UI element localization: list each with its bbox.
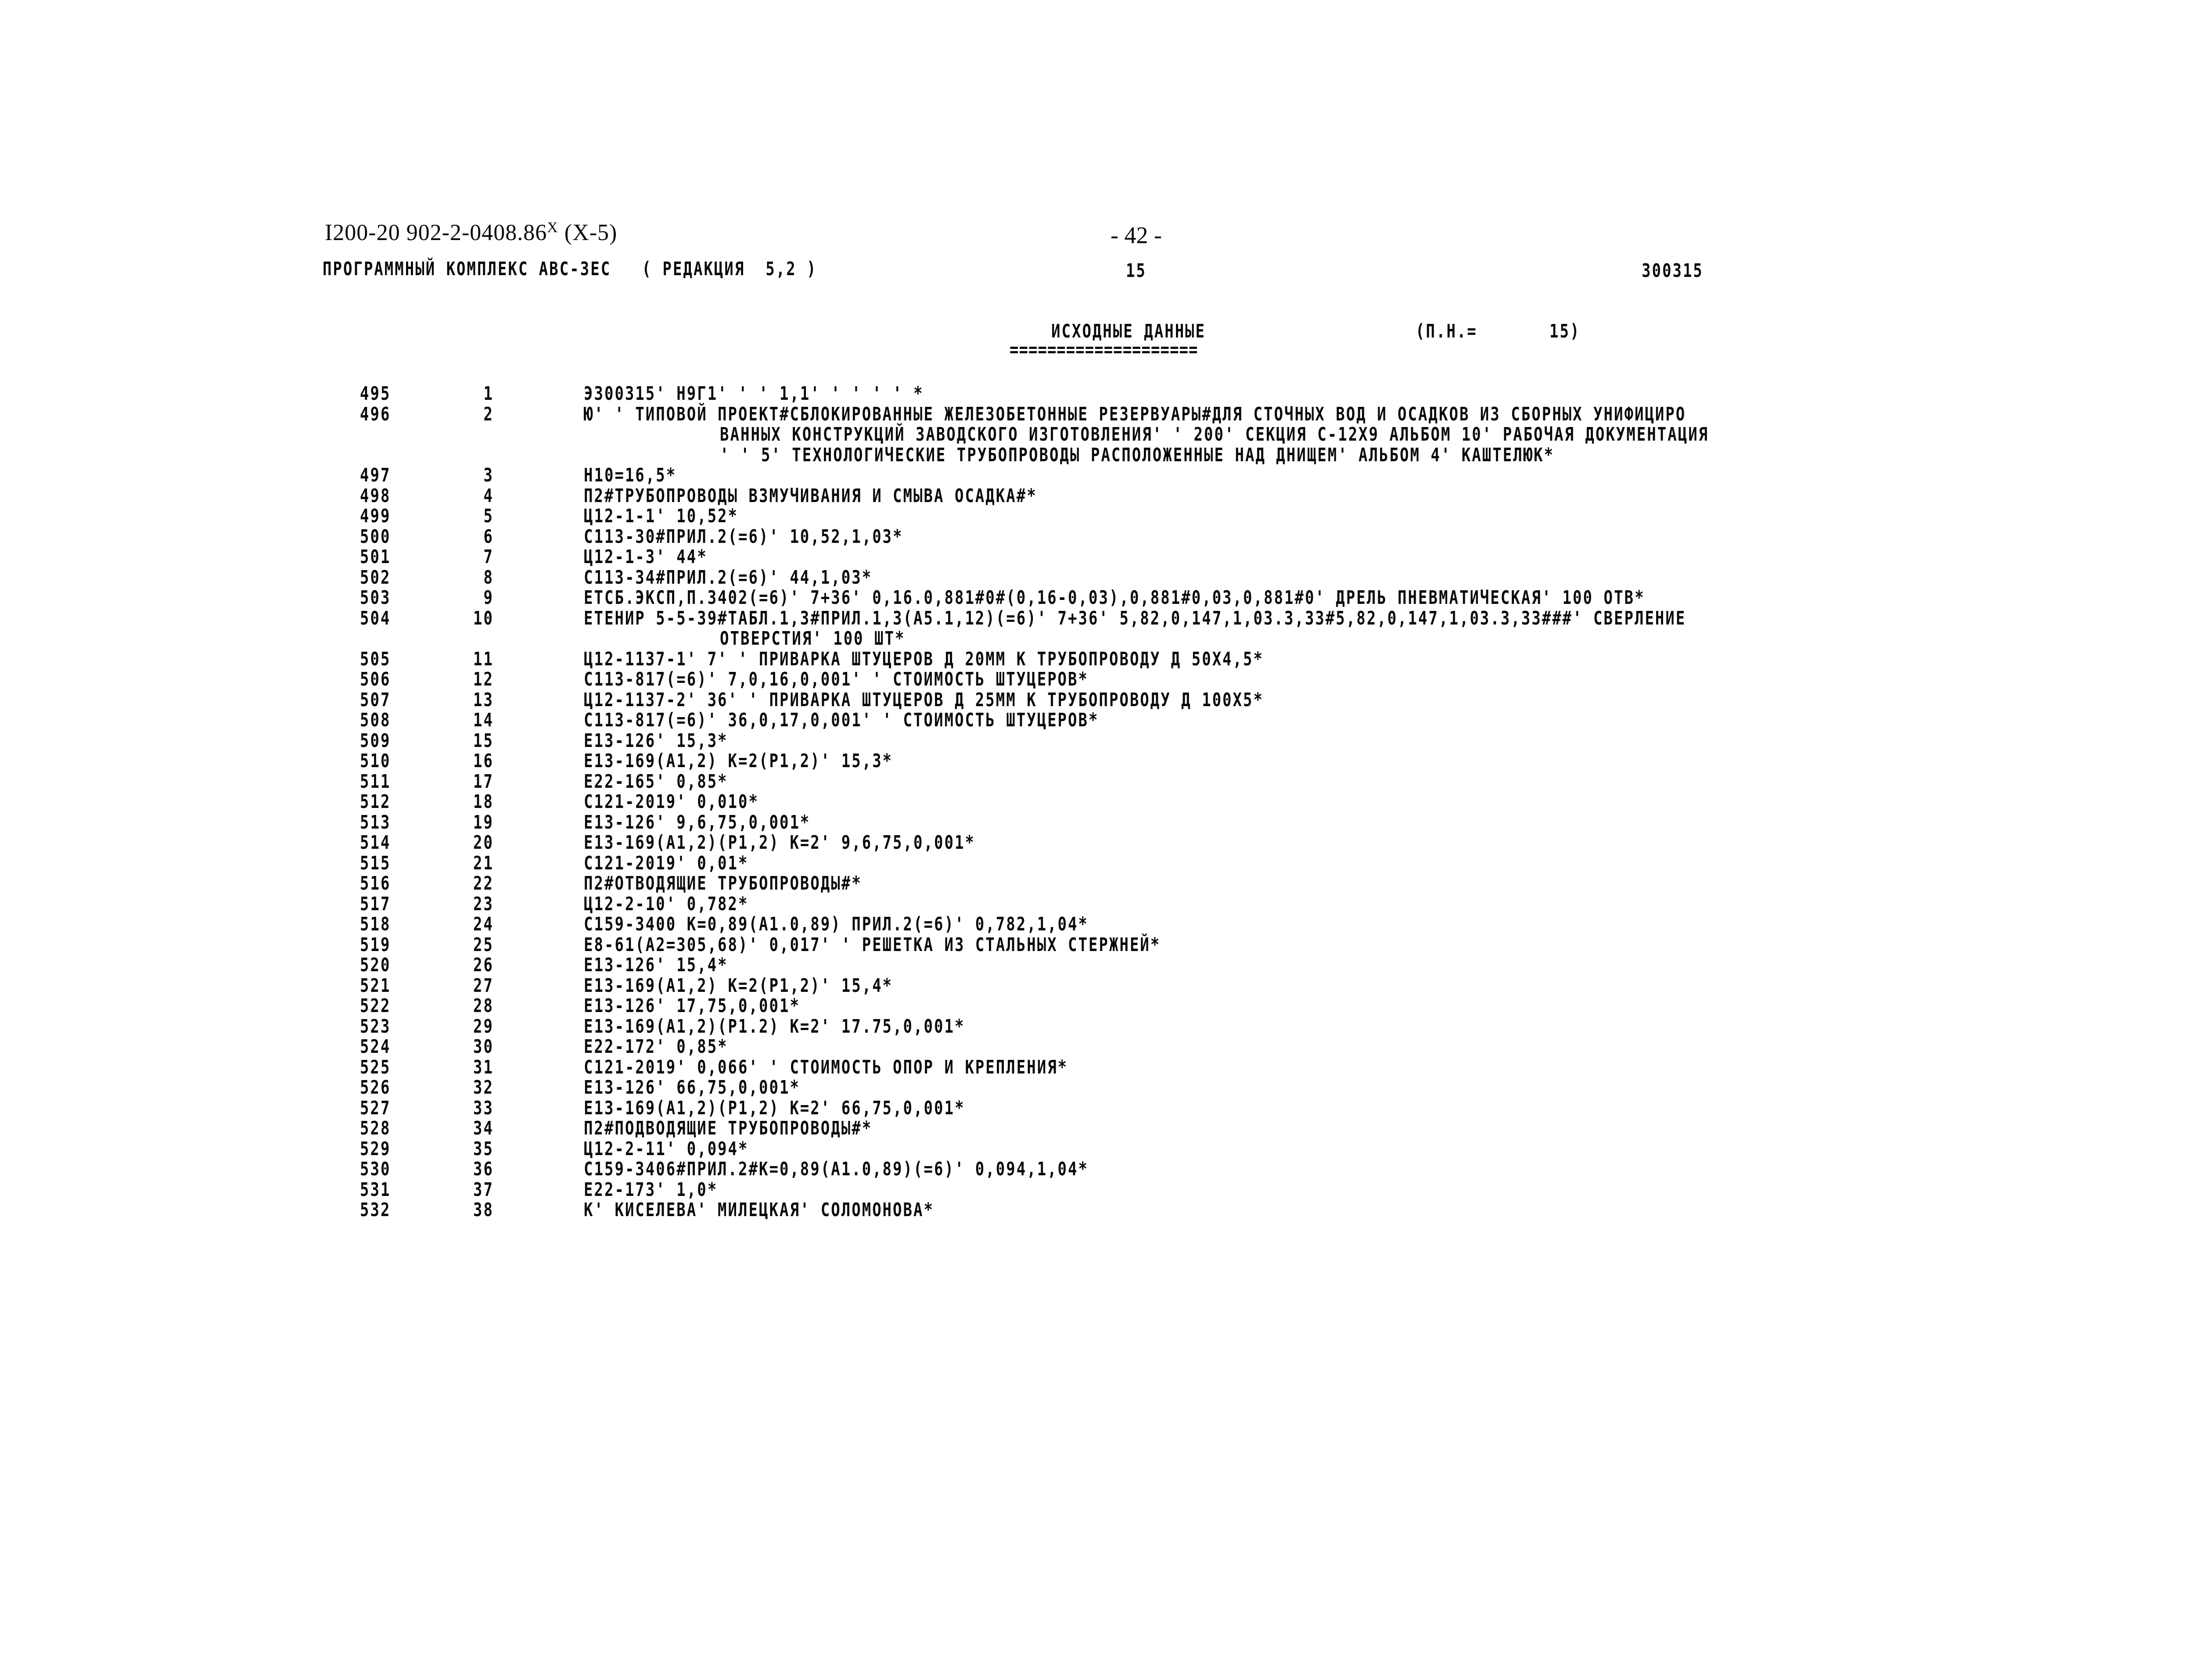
- line-number: 518: [360, 913, 391, 935]
- listing-row: 5006С113-30#ПРИЛ.2(=6)' 10,52,1,03*: [0, 526, 2189, 546]
- section-param-value: 15): [1549, 320, 1580, 342]
- record-text: С121-2019' 0,01*: [584, 852, 749, 874]
- line-number: 508: [360, 709, 391, 731]
- record-text: П2#ОТВОДЯЩИЕ ТРУБОПРОВОДЫ#*: [584, 872, 862, 894]
- sequence-number: 26: [463, 954, 494, 976]
- line-number: 502: [360, 567, 391, 589]
- program-title: ПРОГРАММНЫЙ КОМПЛЕКС АВС-3ЕС ( РЕДАКЦИЯ …: [323, 258, 817, 280]
- record-text: ОТВЕРСТИЯ' 100 ШТ*: [720, 628, 905, 650]
- sequence-number: 29: [463, 1016, 494, 1037]
- line-number: 510: [360, 750, 391, 772]
- doc-ref-suffix: (X-5): [558, 220, 618, 245]
- record-text: П2#ПОДВОДЯЩИЕ ТРУБОПРОВОДЫ#*: [584, 1117, 872, 1139]
- listing-row: 52632Е13-126' 66,75,0,001*: [0, 1077, 2189, 1097]
- sequence-number: 16: [463, 750, 494, 772]
- listing-row: 4951Э300315' Н9Г1' ' ' 1,1' ' ' ' ' *: [0, 383, 2189, 403]
- sequence-number: 13: [463, 689, 494, 711]
- sequence-number: 20: [463, 832, 494, 854]
- sequence-number: 15: [463, 730, 494, 752]
- record-text: Ц12-1-3' 44*: [584, 546, 708, 568]
- record-text: Е13-169(А1,2) К=2(Р1,2)' 15,4*: [584, 975, 893, 997]
- record-text: С159-3400 К=0,89(А1.0,89) ПРИЛ.2(=6)' 0,…: [584, 913, 1089, 935]
- sequence-number: 35: [463, 1138, 494, 1160]
- line-number: 516: [360, 872, 391, 894]
- record-text: Ц12-2-11' 0,094*: [584, 1138, 749, 1160]
- record-text: Н10=16,5*: [584, 464, 676, 486]
- line-number: 527: [360, 1097, 391, 1119]
- listing-row: 5017Ц12-1-3' 44*: [0, 546, 2189, 567]
- doc-ref-superscript: X: [547, 219, 558, 236]
- listing-row: 53137Е22-173' 1,0*: [0, 1179, 2189, 1199]
- line-number: 524: [360, 1036, 391, 1058]
- record-text: Ц12-2-10' 0,782*: [584, 893, 749, 915]
- line-number: 532: [360, 1199, 391, 1221]
- sequence-number: 9: [463, 587, 494, 609]
- sequence-number: 2: [463, 403, 494, 425]
- record-text: Е13-126' 17,75,0,001*: [584, 995, 800, 1017]
- record-text: Е8-61(А2=305,68)' 0,017' ' РЕШЕТКА ИЗ СТ…: [584, 934, 1161, 956]
- listing-row: 52329Е13-169(А1,2)(Р1.2) К=2' 17.75,0,00…: [0, 1016, 2189, 1036]
- listing-row: 51016Е13-169(А1,2) К=2(Р1,2)' 15,3*: [0, 750, 2189, 771]
- line-number: 515: [360, 852, 391, 874]
- record-text: Ц12-1137-1' 7' ' ПРИВАРКА ШТУЦЕРОВ Д 20М…: [584, 648, 1264, 670]
- listing-row: 51622П2#ОТВОДЯЩИЕ ТРУБОПРОВОДЫ#*: [0, 872, 2189, 893]
- record-text: Э300315' Н9Г1' ' ' 1,1' ' ' ' ' *: [584, 383, 924, 405]
- line-number: 520: [360, 954, 391, 976]
- record-text: С159-3406#ПРИЛ.2#К=0,89(А1.0,89)(=6)' 0,…: [584, 1158, 1089, 1180]
- record-text: К' КИСЕЛЕВА' МИЛЕЦКАЯ' СОЛОМОНОВА*: [584, 1199, 934, 1221]
- listing-row-continuation: ' ' 5' ТЕХНОЛОГИЧЕСКИЕ ТРУБОПРОВОДЫ РАСП…: [0, 444, 2189, 465]
- listing-row: 4995Ц12-1-1' 10,52*: [0, 505, 2189, 526]
- listing-row: 51723Ц12-2-10' 0,782*: [0, 893, 2189, 914]
- record-text: П2#ТРУБОПРОВОДЫ ВЗМУЧИВАНИЯ И СМЫВА ОСАД…: [584, 485, 1037, 507]
- record-text: Е22-165' 0,85*: [584, 771, 728, 793]
- line-number: 531: [360, 1179, 391, 1201]
- sequence-number: 28: [463, 995, 494, 1017]
- record-text: С113-30#ПРИЛ.2(=6)' 10,52,1,03*: [584, 526, 903, 548]
- section-underline: ====================: [1010, 339, 1198, 361]
- sequence-number: 8: [463, 567, 494, 589]
- listing-row: 50612С113-817(=6)' 7,0,16,0,001' ' СТОИМ…: [0, 668, 2189, 689]
- listing-row: 52531С121-2019' 0,066' ' СТОИМОСТЬ ОПОР …: [0, 1056, 2189, 1077]
- sequence-number: 11: [463, 648, 494, 670]
- record-text: ' ' 5' ТЕХНОЛОГИЧЕСКИЕ ТРУБОПРОВОДЫ РАСП…: [720, 444, 1554, 466]
- record-text: Е13-126' 15,4*: [584, 954, 728, 976]
- line-number: 525: [360, 1056, 391, 1078]
- sequence-number: 19: [463, 811, 494, 833]
- listing-row: 52733Е13-169(А1,2)(Р1,2) К=2' 66,75,0,00…: [0, 1097, 2189, 1118]
- sequence-number: 25: [463, 934, 494, 956]
- record-text: ЕТСБ.ЭКСП,П.3402(=6)' 7+36' 0,16.0,881#0…: [584, 587, 1645, 609]
- sequence-number: 22: [463, 872, 494, 894]
- sequence-number: 30: [463, 1036, 494, 1058]
- listing-row: 4962Ю' ' ТИПОВОЙ ПРОЕКТ#СБЛОКИРОВАННЫЕ Ж…: [0, 403, 2189, 424]
- record-text: Е22-173' 1,0*: [584, 1179, 718, 1201]
- sequence-number: 34: [463, 1117, 494, 1139]
- sequence-number: 3: [463, 464, 494, 486]
- record-text: С113-817(=6)' 36,0,17,0,001' ' СТОИМОСТЬ…: [584, 709, 1099, 731]
- line-number: 529: [360, 1138, 391, 1160]
- line-number: 528: [360, 1117, 391, 1139]
- listing-row: 52127Е13-169(А1,2) К=2(Р1,2)' 15,4*: [0, 975, 2189, 995]
- listing-row-continuation: ОТВЕРСТИЯ' 100 ШТ*: [0, 628, 2189, 648]
- run-number: 15: [1126, 260, 1147, 282]
- line-number: 517: [360, 893, 391, 915]
- document-code: 300315: [1642, 260, 1704, 282]
- sequence-number: 17: [463, 771, 494, 793]
- sequence-number: 14: [463, 709, 494, 731]
- sequence-number: 6: [463, 526, 494, 548]
- line-number: 523: [360, 1016, 391, 1037]
- listing-row: 51824С159-3400 К=0,89(А1.0,89) ПРИЛ.2(=6…: [0, 913, 2189, 934]
- listing-row: 5028С113-34#ПРИЛ.2(=6)' 44,1,03*: [0, 567, 2189, 587]
- sequence-number: 32: [463, 1077, 494, 1098]
- sequence-number: 1: [463, 383, 494, 405]
- listing-row: 51925Е8-61(А2=305,68)' 0,017' ' РЕШЕТКА …: [0, 934, 2189, 955]
- listing-row: 50511Ц12-1137-1' 7' ' ПРИВАРКА ШТУЦЕРОВ …: [0, 648, 2189, 669]
- listing-row: 52935Ц12-2-11' 0,094*: [0, 1138, 2189, 1159]
- record-text: С113-34#ПРИЛ.2(=6)' 44,1,03*: [584, 567, 872, 589]
- sequence-number: 33: [463, 1097, 494, 1119]
- sequence-number: 23: [463, 893, 494, 915]
- line-number: 501: [360, 546, 391, 568]
- line-number: 495: [360, 383, 391, 405]
- listing-row: 50814С113-817(=6)' 36,0,17,0,001' ' СТОИ…: [0, 709, 2189, 730]
- listing-row: 52228Е13-126' 17,75,0,001*: [0, 995, 2189, 1016]
- sequence-number: 18: [463, 791, 494, 813]
- line-number: 522: [360, 995, 391, 1017]
- sequence-number: 37: [463, 1179, 494, 1201]
- record-text: Е13-126' 66,75,0,001*: [584, 1077, 800, 1098]
- listing-row: 52026Е13-126' 15,4*: [0, 954, 2189, 975]
- listing-row: 53238К' КИСЕЛЕВА' МИЛЕЦКАЯ' СОЛОМОНОВА*: [0, 1199, 2189, 1220]
- listing-row: 5039ЕТСБ.ЭКСП,П.3402(=6)' 7+36' 0,16.0,8…: [0, 587, 2189, 607]
- listing-row: 50410ЕТЕНИР 5-5-39#ТАБЛ.1,3#ПРИЛ.1,3(А5.…: [0, 607, 2189, 628]
- listing-row: 50915Е13-126' 15,3*: [0, 730, 2189, 750]
- line-number: 521: [360, 975, 391, 997]
- sequence-number: 21: [463, 852, 494, 874]
- line-number: 509: [360, 730, 391, 752]
- line-number: 514: [360, 832, 391, 854]
- line-number: 526: [360, 1077, 391, 1098]
- listing-row: 50713Ц12-1137-2' 36' ' ПРИВАРКА ШТУЦЕРОВ…: [0, 689, 2189, 710]
- listing-row: 53036С159-3406#ПРИЛ.2#К=0,89(А1.0,89)(=6…: [0, 1158, 2189, 1179]
- line-number: 498: [360, 485, 391, 507]
- line-number: 506: [360, 668, 391, 690]
- sequence-number: 31: [463, 1056, 494, 1078]
- section-param-label: (П.Н.=: [1416, 320, 1477, 342]
- listing-row: 4973Н10=16,5*: [0, 464, 2189, 485]
- line-number: 505: [360, 648, 391, 670]
- sequence-number: 36: [463, 1158, 494, 1180]
- record-text: Е13-169(А1,2)(Р1,2) К=2' 66,75,0,001*: [584, 1097, 965, 1119]
- sequence-number: 5: [463, 505, 494, 527]
- record-text: Е13-169(А1,2)(Р1.2) К=2' 17.75,0,001*: [584, 1016, 965, 1037]
- listing-row: 52834П2#ПОДВОДЯЩИЕ ТРУБОПРОВОДЫ#*: [0, 1117, 2189, 1138]
- record-text: С113-817(=6)' 7,0,16,0,001' ' СТОИМОСТЬ …: [584, 668, 1089, 690]
- record-text: Е13-169(А1,2) К=2(Р1,2)' 15,3*: [584, 750, 893, 772]
- sequence-number: 10: [463, 607, 494, 629]
- record-text: Е22-172' 0,85*: [584, 1036, 728, 1058]
- record-text: ЕТЕНИР 5-5-39#ТАБЛ.1,3#ПРИЛ.1,3(А5.1,12)…: [584, 607, 1686, 629]
- line-number: 511: [360, 771, 391, 793]
- line-number: 496: [360, 403, 391, 425]
- record-text: Е13-126' 15,3*: [584, 730, 728, 752]
- sequence-number: 12: [463, 668, 494, 690]
- sequence-number: 27: [463, 975, 494, 997]
- line-number: 530: [360, 1158, 391, 1180]
- record-text: ВАННЫХ КОНСТРУКЦИЙ ЗАВОДСКОГО ИЗГОТОВЛЕН…: [720, 424, 1709, 445]
- listing-row: 52430Е22-172' 0,85*: [0, 1036, 2189, 1056]
- sequence-number: 7: [463, 546, 494, 568]
- line-number: 512: [360, 791, 391, 813]
- line-number: 513: [360, 811, 391, 833]
- record-text: Ц12-1-1' 10,52*: [584, 505, 738, 527]
- record-text: Ц12-1137-2' 36' ' ПРИВАРКА ШТУЦЕРОВ Д 25…: [584, 689, 1264, 711]
- listing-row-continuation: ВАННЫХ КОНСТРУКЦИЙ ЗАВОДСКОГО ИЗГОТОВЛЕН…: [0, 424, 2189, 444]
- sequence-number: 24: [463, 913, 494, 935]
- sequence-number: 4: [463, 485, 494, 507]
- line-number: 519: [360, 934, 391, 956]
- listing-row: 51218С121-2019' 0,010*: [0, 791, 2189, 811]
- listing-row: 4984П2#ТРУБОПРОВОДЫ ВЗМУЧИВАНИЯ И СМЫВА …: [0, 485, 2189, 506]
- listing-row: 51420Е13-169(А1,2)(Р1,2) К=2' 9,6,75,0,0…: [0, 832, 2189, 852]
- line-number: 504: [360, 607, 391, 629]
- line-number: 503: [360, 587, 391, 609]
- record-text: С121-2019' 0,066' ' СТОИМОСТЬ ОПОР И КРЕ…: [584, 1056, 1068, 1078]
- doc-ref: I200-20 902-2-0408.86: [325, 220, 547, 245]
- listing-row: 51319Е13-126' 9,6,75,0,001*: [0, 811, 2189, 832]
- record-text: С121-2019' 0,010*: [584, 791, 759, 813]
- record-text: Е13-126' 9,6,75,0,001*: [584, 811, 810, 833]
- listing-row: 51521С121-2019' 0,01*: [0, 852, 2189, 873]
- record-text: Ю' ' ТИПОВОЙ ПРОЕКТ#СБЛОКИРОВАННЫЕ ЖЕЛЕЗ…: [584, 403, 1686, 425]
- line-number: 497: [360, 464, 391, 486]
- document-reference: I200-20 902-2-0408.86X (X-5): [325, 219, 617, 246]
- input-data-listing: 4951Э300315' Н9Г1' ' ' 1,1' ' ' ' ' *496…: [0, 383, 2189, 1220]
- page-number: - 42 -: [1111, 222, 1162, 249]
- listing-row: 51117Е22-165' 0,85*: [0, 771, 2189, 791]
- line-number: 500: [360, 526, 391, 548]
- line-number: 499: [360, 505, 391, 527]
- line-number: 507: [360, 689, 391, 711]
- sequence-number: 38: [463, 1199, 494, 1221]
- record-text: Е13-169(А1,2)(Р1,2) К=2' 9,6,75,0,001*: [584, 832, 975, 854]
